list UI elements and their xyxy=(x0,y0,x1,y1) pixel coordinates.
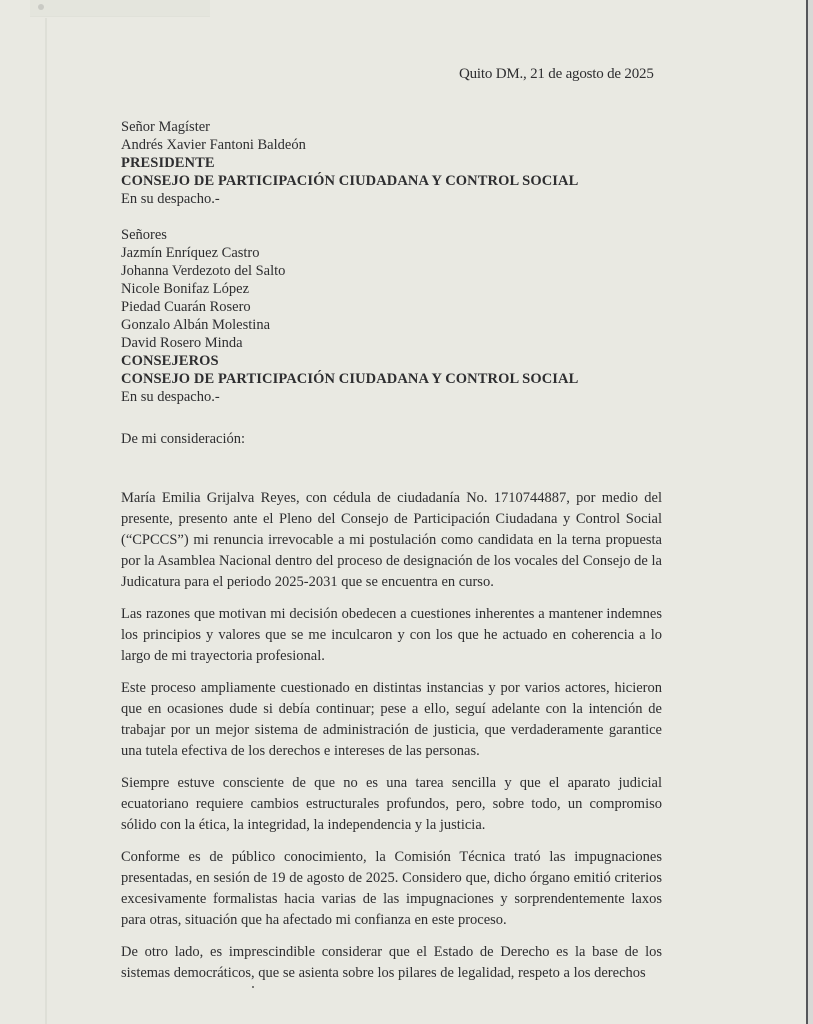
date-line: Quito DM., 21 de agosto de 2025 xyxy=(459,66,654,83)
addressee-councilors: Señores Jazmín Enríquez Castro Johanna V… xyxy=(121,226,578,406)
page-left-edge xyxy=(45,18,47,1024)
paragraph-reasons: Las razones que motivan mi decisión obed… xyxy=(121,604,662,667)
addressee-institution: CONSEJO DE PARTICIPACIÓN CIUDADANA Y CON… xyxy=(121,172,578,190)
councilor-name: Jazmín Enríquez Castro xyxy=(121,244,578,262)
salutation: De mi consideración: xyxy=(121,431,245,448)
councilor-name: Gonzalo Albán Molestina xyxy=(121,316,578,334)
scan-artifact xyxy=(30,0,210,17)
addressee-role: CONSEJEROS xyxy=(121,352,578,370)
addressee-name: Andrés Xavier Fantoni Baldeón xyxy=(121,136,578,154)
addressee-title: Señor Magíster xyxy=(121,118,578,136)
addressee-closing: En su despacho.- xyxy=(121,388,578,406)
councilor-name: Nicole Bonifaz López xyxy=(121,280,578,298)
page-gutter xyxy=(808,0,813,1024)
addressee-title: Señores xyxy=(121,226,578,244)
councilor-name: Piedad Cuarán Rosero xyxy=(121,298,578,316)
scan-speck xyxy=(252,986,254,988)
addressee-institution: CONSEJO DE PARTICIPACIÓN CIUDADANA Y CON… xyxy=(121,370,578,388)
paragraph-process: Este proceso ampliamente cuestionado en … xyxy=(121,678,662,762)
addressee-closing: En su despacho.- xyxy=(121,190,578,208)
paragraph-judicial-reform: Siempre estuve consciente de que no es u… xyxy=(121,773,662,836)
letter-body: María Emilia Grijalva Reyes, con cédula … xyxy=(121,488,662,995)
scan-dot xyxy=(38,4,44,10)
paragraph-technical-commission: Conforme es de público conocimiento, la … xyxy=(121,847,662,931)
addressee-role: PRESIDENTE xyxy=(121,154,578,172)
paragraph-rule-of-law: De otro lado, es imprescindible consider… xyxy=(121,942,662,984)
councilor-name: David Rosero Minda xyxy=(121,334,578,352)
councilor-name: Johanna Verdezoto del Salto xyxy=(121,262,578,280)
addressee-president: Señor Magíster Andrés Xavier Fantoni Bal… xyxy=(121,118,578,208)
paragraph-resignation: María Emilia Grijalva Reyes, con cédula … xyxy=(121,488,662,593)
